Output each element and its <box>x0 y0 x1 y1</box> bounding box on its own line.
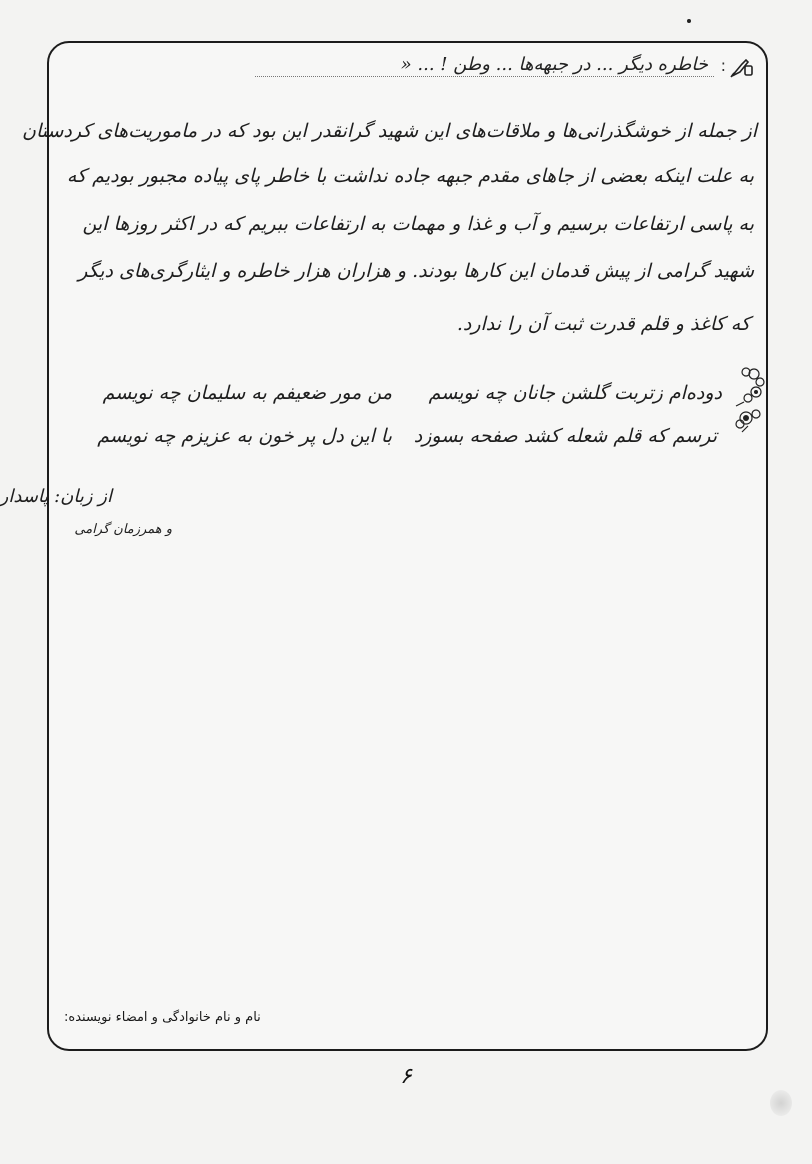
body-line-1: از جمله از خوشگذرانی‌ها و ملاقات‌های این… <box>22 120 757 142</box>
body-line-3: به پاسی ارتفاعات برسیم و آب و غذا و مهما… <box>82 213 754 235</box>
pen-hand-icon <box>728 56 754 78</box>
scan-smudge <box>770 1090 792 1116</box>
flower-doodle-icon <box>728 362 770 442</box>
author-line-2: و همرزمان گرامی <box>74 522 172 537</box>
title-dotted-line <box>255 76 714 77</box>
body-line-4: شهید گرامی از پیش قدمان این کارها بودند.… <box>78 260 754 282</box>
page-border-frame <box>47 41 768 1051</box>
poem-right-line-2: ترسم که قلم شعله کشد صفحه بسوزد <box>414 425 717 447</box>
poem-left-line-2: با این دل پر خون به عزیزم چه نویسم <box>97 425 392 447</box>
body-line-5: که کاغذ و قلم قدرت ثبت آن را ندارد. <box>457 313 750 335</box>
poem-right-line-1: دوده‌ام زتربت گلشن جانان چه نویسم <box>429 382 722 404</box>
page-number: ۶ <box>400 1064 412 1089</box>
body-line-2: به علت اینکه بعضی از جاهای مقدم جبهه جاد… <box>67 165 754 187</box>
author-signature-label: نام و نام خانوادگی و امضاء نویسنده: <box>64 1010 261 1025</box>
author-line-1: از زبان: پاسدار امین زاده <box>0 486 112 507</box>
poem-left-line-1: من مور ضعیفم به سلیمان چه نویسم <box>103 382 392 404</box>
title-field: : خاطره دیگر ... در جبهه‌ها ... وطن ! ..… <box>255 56 760 82</box>
scan-speck <box>687 19 691 23</box>
title-text: خاطره دیگر ... در جبهه‌ها ... وطن ! ... … <box>401 54 708 75</box>
title-separator: : <box>721 56 726 75</box>
